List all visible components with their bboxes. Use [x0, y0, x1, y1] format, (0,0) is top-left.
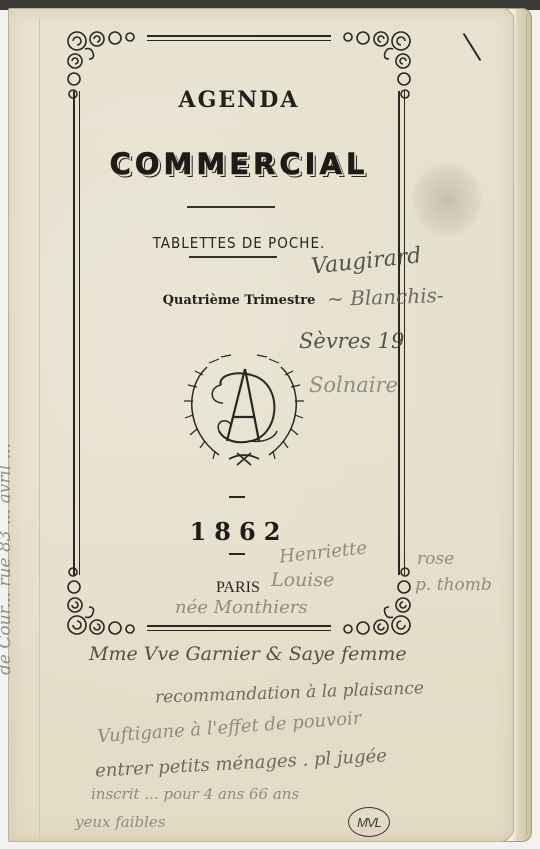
dash-ornament [229, 553, 245, 555]
scroll-ornament-icon [65, 559, 143, 637]
title-agenda: AGENDA [9, 87, 469, 113]
border-line-top [147, 35, 331, 41]
annotation-line: ~ Blanchis- [327, 283, 444, 311]
annotation-line: Mme Vve Garnier & Saye femme [89, 643, 407, 665]
annotation-line: recommandation à la plaisance [155, 678, 424, 707]
annotation-line: née Monthiers [175, 597, 308, 618]
annotation-line: Louise [271, 569, 334, 591]
annotation-line: rose [417, 549, 454, 569]
border-line-bottom [147, 625, 331, 631]
city-label: PARIS [216, 579, 260, 597]
annotation-line: Sèvres 19 [299, 329, 404, 353]
annotation-line: yeux faibles [75, 813, 166, 831]
annotation-line: p. thomb [415, 575, 492, 595]
scroll-ornament-icon [335, 559, 413, 637]
annotation-line: Vuftigane à l'effet de pouvoir [97, 708, 363, 747]
annotation-line: inscrit ... pour 4 ans 66 ans [91, 785, 299, 803]
year: 1862 [9, 517, 469, 546]
title-commercial: COMMERCIAL [9, 147, 469, 181]
booklet-cover: AGENDA COMMERCIAL TABLETTES DE POCHE. Qu… [8, 8, 514, 842]
annotation-line: entrer petits ménages . pl jugée [95, 745, 388, 781]
divider-rule [189, 256, 277, 258]
dash-ornament [229, 496, 245, 498]
library-stamp: MVL [348, 807, 390, 837]
divider-rule [187, 206, 275, 208]
spine-fold [39, 19, 40, 839]
pencil-tick-mark [463, 33, 482, 61]
annotation-vertical-margin: de Cour... rue 83 ... avril ... [0, 443, 15, 675]
wreath-monogram-icon [179, 347, 309, 471]
annotation-line: Solnaire [309, 373, 398, 397]
